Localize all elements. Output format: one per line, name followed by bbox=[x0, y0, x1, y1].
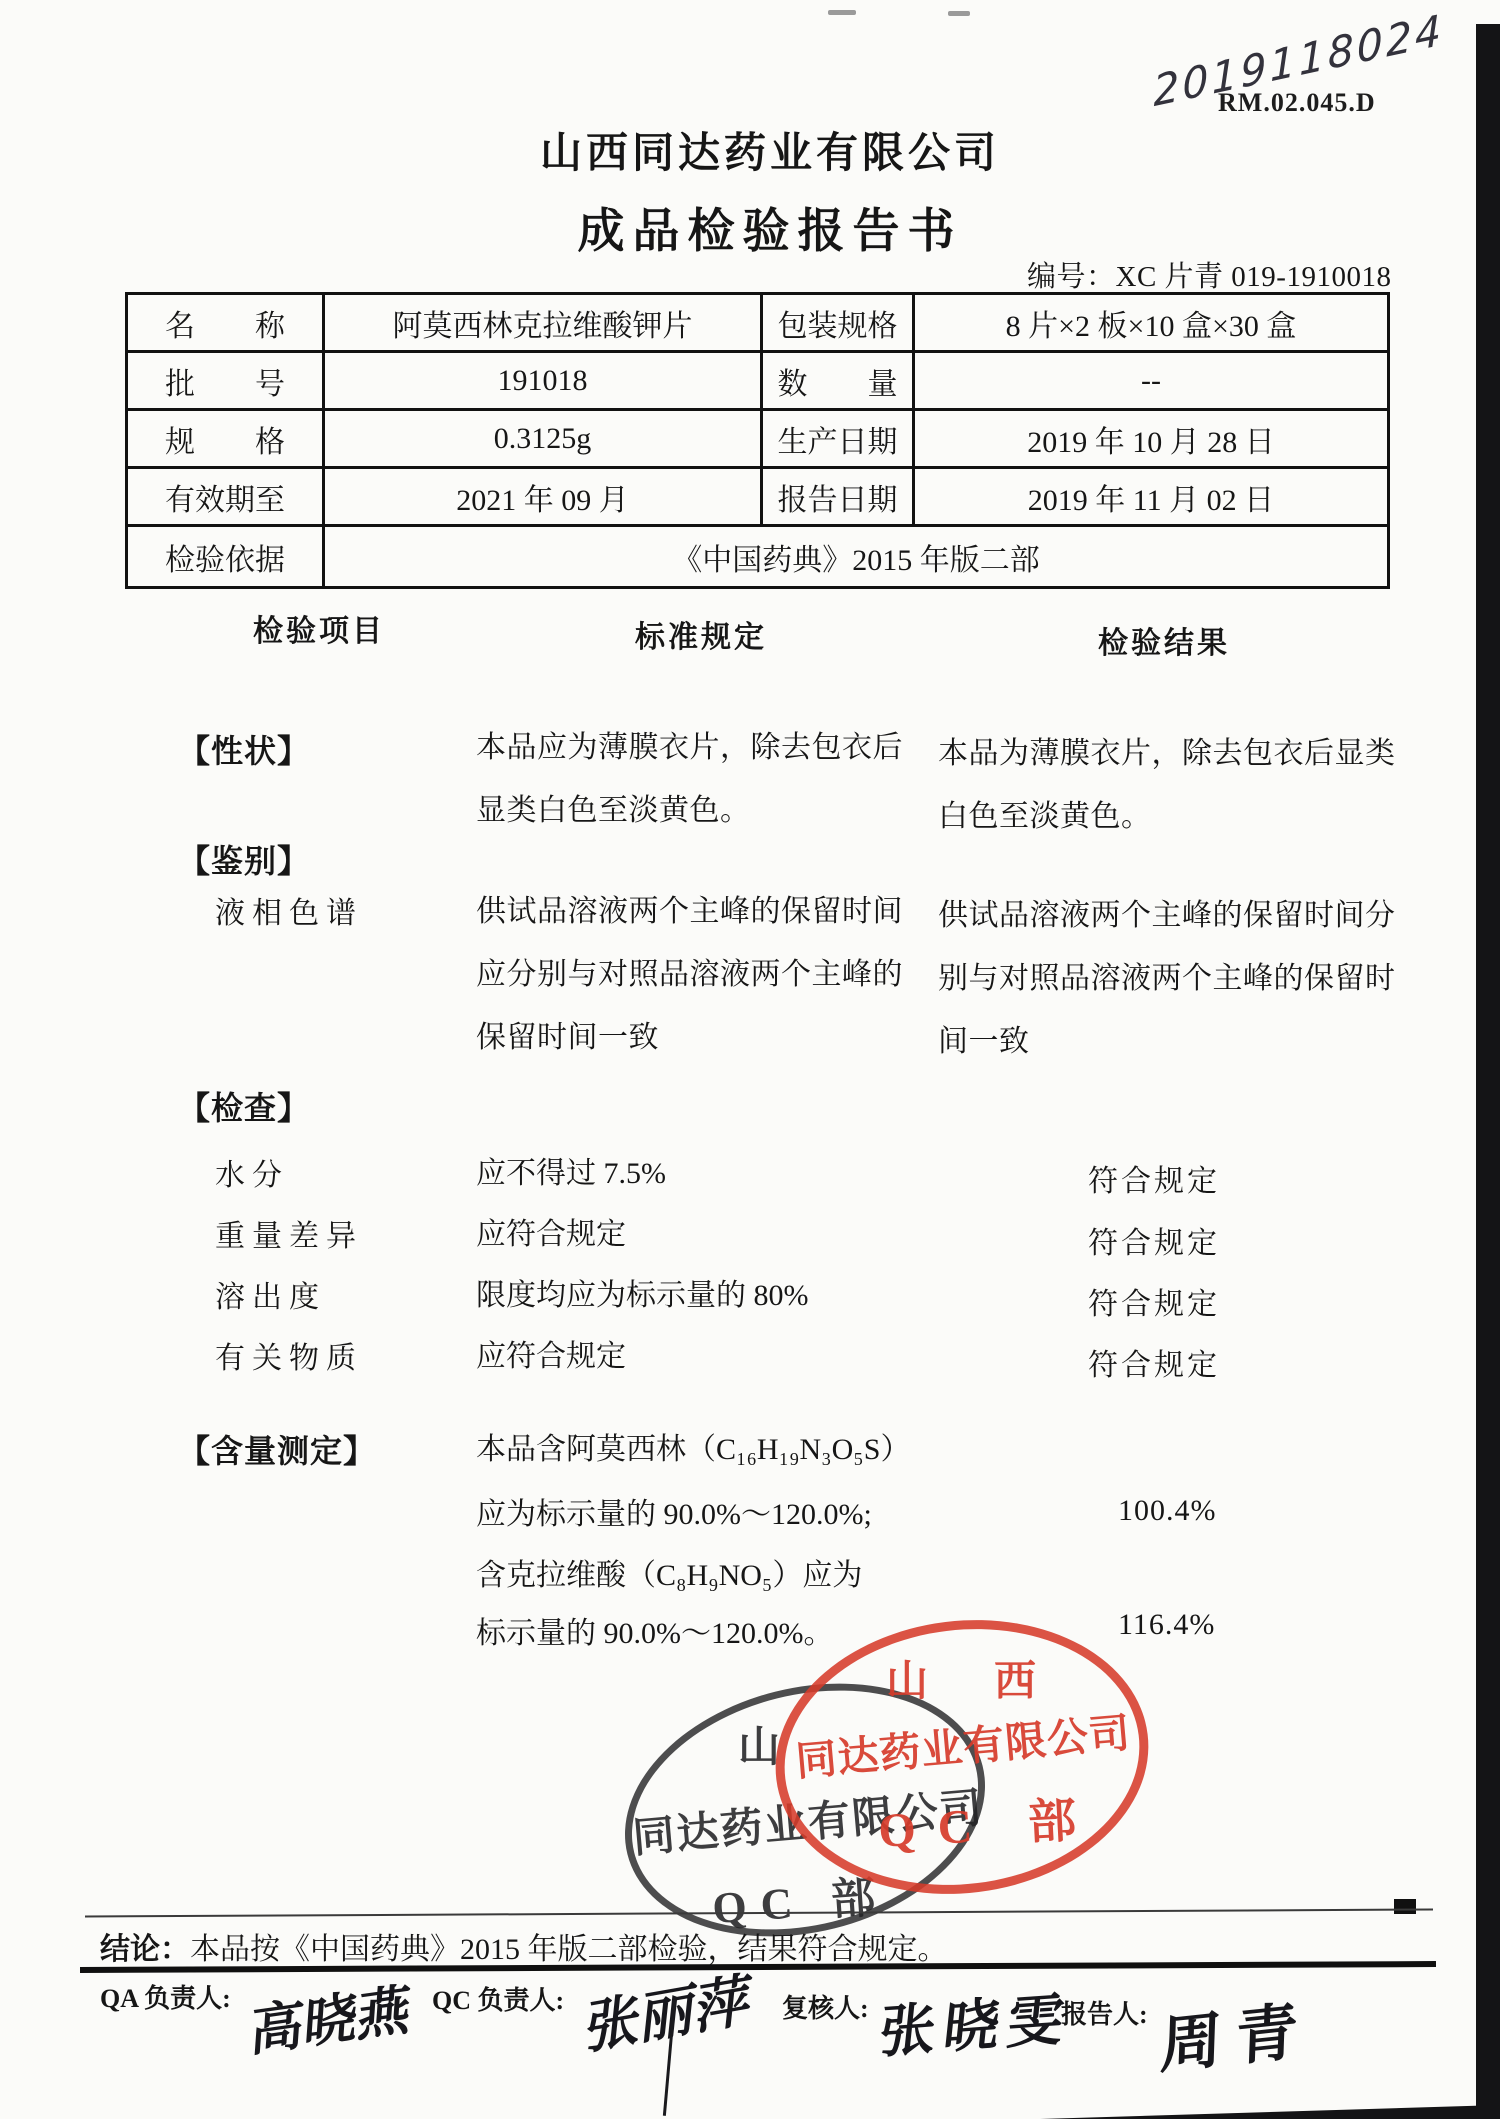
info-row-name: 名 称 阿莫西林克拉维酸钾片 包装规格 8 片×2 板×10 盒×30 盒 bbox=[127, 294, 1389, 352]
info-label-quantity: 数 量 bbox=[762, 352, 914, 410]
assay-result-amoxicillin: 100.4% bbox=[1118, 1494, 1217, 1528]
test-item-name: 重量差异 bbox=[215, 1211, 363, 1255]
section-label-assay: 【含量测定】 bbox=[178, 1426, 376, 1472]
test-item-name: 水分 bbox=[215, 1150, 289, 1194]
scan-speck bbox=[948, 11, 970, 16]
reviewer-label: 复核人: bbox=[782, 1988, 869, 2025]
reporter-signature: 周青 bbox=[1159, 1980, 1313, 2086]
assay-standard-line: 含克拉维酸（C₈H₉NO₅）应为 bbox=[476, 1550, 862, 1594]
test-item-name: 溶出度 bbox=[215, 1272, 326, 1316]
appearance-standard: 本品应为薄膜衣片，除去包衣后显类白色至淡黄色。 bbox=[476, 716, 924, 842]
section-label-identification: 【鉴别】 bbox=[178, 836, 310, 882]
info-value-batch: 191018 bbox=[324, 352, 762, 410]
reviewer-signature: 张晓雯 bbox=[876, 1975, 1076, 2069]
assay-standard-line: 应为标示量的 90.0%～120.0%; bbox=[476, 1489, 872, 1533]
test-item-standard: 限度均应为标示量的 80% bbox=[476, 1270, 809, 1314]
report-number: 编号：XC 片青 019-1910018 bbox=[1027, 254, 1395, 295]
assay-standard-line: 本品含阿莫西林（C₁₆H₁₉N₃O₅S） bbox=[476, 1424, 910, 1468]
info-label-report-date: 报告日期 bbox=[762, 468, 914, 526]
company-name: 山西同达药业有限公司 bbox=[0, 120, 1500, 180]
info-value-report-date: 2019 年 11 月 02 日 bbox=[914, 468, 1389, 526]
info-label-name: 名 称 bbox=[127, 294, 324, 352]
test-item-standard: 应符合规定 bbox=[476, 1209, 626, 1253]
info-label-production-date: 生产日期 bbox=[762, 410, 914, 468]
column-header-result: 检验结果 bbox=[1098, 618, 1230, 662]
section-label-appearance: 【性状】 bbox=[178, 726, 310, 772]
qa-responsible-label: QA 负责人: bbox=[100, 1978, 231, 2015]
test-item-result: 符合规定 bbox=[1088, 1156, 1220, 1200]
qc-stamp-black-text: 山 bbox=[738, 1714, 780, 1774]
ink-dot-artifact bbox=[1394, 1899, 1416, 1914]
test-item-name: 有关物质 bbox=[215, 1333, 363, 1377]
info-label-basis: 检验依据 bbox=[127, 526, 324, 588]
info-row-expiry: 有效期至 2021 年 09 月 报告日期 2019 年 11 月 02 日 bbox=[127, 468, 1389, 526]
conclusion-text: 本品按《中国药典》2015 年版二部检验，结果符合规定。 bbox=[190, 1933, 948, 1966]
test-item-standard: 应符合规定 bbox=[476, 1331, 626, 1375]
scan-edge-band bbox=[1476, 24, 1500, 2119]
info-label-batch: 批 号 bbox=[127, 352, 324, 410]
info-row-batch: 批 号 191018 数 量 -- bbox=[127, 352, 1389, 410]
test-item-result: 符合规定 bbox=[1088, 1279, 1220, 1323]
report-title: 成品检验报告书 bbox=[0, 194, 1500, 261]
hplc-result: 供试品溶液两个主峰的保留时间分别与对照品溶液两个主峰的保留时间一致 bbox=[938, 884, 1400, 1073]
qc-stamp-red-text: 山 西 bbox=[886, 1648, 1048, 1708]
info-value-expiry: 2021 年 09 月 bbox=[324, 468, 762, 526]
hplc-item-name: 液相色谱 bbox=[215, 888, 363, 932]
qc-stamp-red-text: QC 部 bbox=[876, 1780, 1099, 1860]
column-header-item: 检验项目 bbox=[253, 606, 385, 650]
scan-corner-shadow bbox=[1040, 2105, 1500, 2119]
info-value-spec: 0.3125g bbox=[324, 410, 762, 468]
info-row-basis: 检验依据 《中国药典》2015 年版二部 bbox=[127, 526, 1389, 588]
test-item-result: 符合规定 bbox=[1088, 1218, 1220, 1262]
info-label-packaging: 包装规格 bbox=[762, 294, 914, 352]
info-label-expiry: 有效期至 bbox=[127, 468, 324, 526]
reporter-label: 报告人: bbox=[1061, 1994, 1148, 2031]
product-info-table: 名 称 阿莫西林克拉维酸钾片 包装规格 8 片×2 板×10 盒×30 盒 批 … bbox=[125, 292, 1390, 589]
assay-standard-line: 标示量的 90.0%～120.0%。 bbox=[476, 1608, 833, 1652]
test-item-standard: 应不得过 7.5% bbox=[476, 1148, 666, 1192]
info-value-basis: 《中国药典》2015 年版二部 bbox=[324, 526, 1389, 588]
appearance-result: 本品为薄膜衣片，除去包衣后显类白色至淡黄色。 bbox=[938, 722, 1400, 848]
qa-signature: 高晓燕 bbox=[248, 1966, 414, 2067]
info-row-spec: 规 格 0.3125g 生产日期 2019 年 10 月 28 日 bbox=[127, 410, 1389, 468]
document-code: RM.02.045.D bbox=[1218, 88, 1376, 118]
info-label-spec: 规 格 bbox=[127, 410, 324, 468]
hplc-standard: 供试品溶液两个主峰的保留时间应分别与对照品溶液两个主峰的保留时间一致 bbox=[476, 880, 924, 1069]
info-value-packaging: 8 片×2 板×10 盒×30 盒 bbox=[914, 294, 1389, 352]
qc-responsible-label: QC 负责人: bbox=[432, 1980, 564, 2017]
info-value-production-date: 2019 年 10 月 28 日 bbox=[914, 410, 1389, 468]
test-item-result: 符合规定 bbox=[1088, 1340, 1220, 1384]
conclusion-label: 结论： bbox=[100, 1933, 190, 1966]
info-value-quantity: -- bbox=[914, 352, 1389, 410]
column-header-standard: 标准规定 bbox=[635, 612, 767, 656]
conclusion-line: 结论：本品按《中国药典》2015 年版二部检验，结果符合规定。 bbox=[100, 1924, 948, 1968]
assay-result-clavulanate: 116.4% bbox=[1118, 1608, 1215, 1642]
info-value-name: 阿莫西林克拉维酸钾片 bbox=[324, 294, 762, 352]
scanned-report-page: 2019118024 RM.02.045.D 山西同达药业有限公司 成品检验报告… bbox=[0, 0, 1500, 2119]
scan-speck bbox=[828, 10, 856, 15]
section-label-tests: 【检查】 bbox=[178, 1083, 310, 1129]
